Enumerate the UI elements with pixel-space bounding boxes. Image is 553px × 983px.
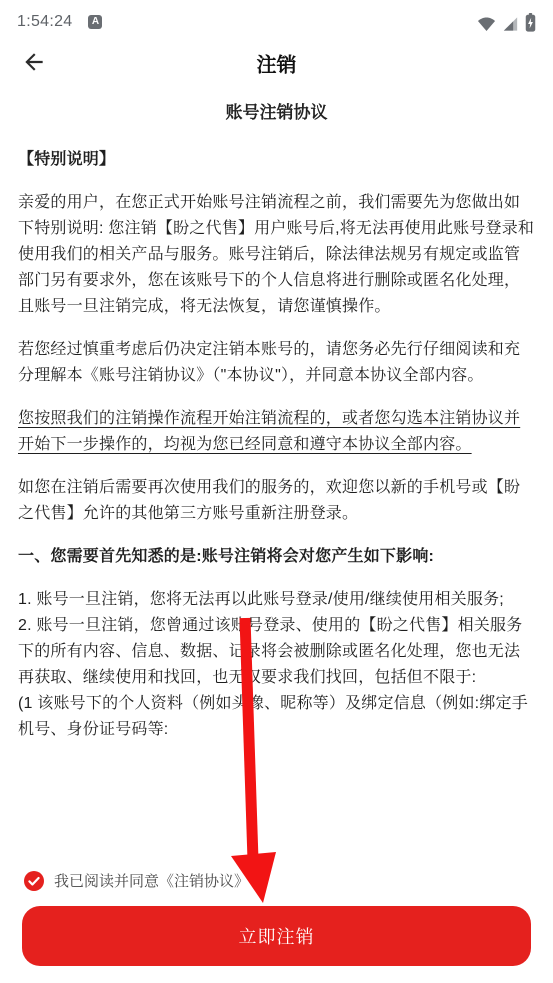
agreement-body: 【特别说明】 亲爱的用户，在您正式开始账号注销流程之前，我们需要先为您做出如下特… bbox=[0, 123, 553, 743]
consent-checkbox[interactable]: 我已阅读并同意《注销协议》 bbox=[0, 870, 553, 891]
checkbox-checked-icon bbox=[24, 871, 44, 891]
status-bar: 1:54:24 A bbox=[0, 0, 553, 34]
agreement-clause-heading: 一、您需要首先知悉的是:账号注销将会对您产生如下影响: bbox=[18, 544, 535, 570]
agreement-list-item: (1 该账号下的个人资料（例如头像、昵称等）及绑定信息（例如:绑定手机号、身份证… bbox=[18, 691, 535, 743]
notification-app-icon: A bbox=[88, 15, 102, 29]
agreement-section-heading: 【特别说明】 bbox=[18, 147, 535, 173]
agreement-subtitle: 账号注销协议 bbox=[0, 98, 553, 123]
wifi-icon bbox=[477, 16, 496, 32]
bottom-action-area: 我已阅读并同意《注销协议》 立即注销 bbox=[0, 870, 553, 983]
battery-charging-icon bbox=[525, 13, 536, 32]
header: 注销 bbox=[0, 38, 553, 88]
status-time: 1:54:24 bbox=[17, 13, 72, 31]
account-deletion-screen: 1:54:24 A bbox=[0, 0, 553, 983]
consent-label: 我已阅读并同意《注销协议》 bbox=[54, 870, 249, 891]
page-title: 注销 bbox=[0, 49, 553, 78]
agreement-paragraph: 若您经过慎重考虑后仍决定注销本账号的，请您务必先行仔细阅读和充分理解本《账号注销… bbox=[18, 337, 535, 389]
confirm-deletion-button[interactable]: 立即注销 bbox=[22, 906, 531, 966]
agreement-paragraph-underlined: 您按照我们的注销操作流程开始注销流程的，或者您勾选本注销协议并开始下一步操作的，… bbox=[18, 406, 535, 458]
agreement-paragraph: 如您在注销后需要再次使用我们的服务的，欢迎您以新的手机号或【盼之代售】允许的其他… bbox=[18, 475, 535, 527]
agreement-list-item: 2. 账号一旦注销，您曾通过该账号登录、使用的【盼之代售】相关服务下的所有内容、… bbox=[18, 613, 535, 691]
cellular-signal-icon bbox=[502, 16, 519, 32]
status-icons bbox=[477, 13, 536, 32]
agreement-list-item: 1. 账号一旦注销，您将无法再以此账号登录/使用/继续使用相关服务; bbox=[18, 587, 535, 613]
agreement-paragraph: 亲爱的用户，在您正式开始账号注销流程之前，我们需要先为您做出如下特别说明: 您注… bbox=[18, 190, 535, 320]
